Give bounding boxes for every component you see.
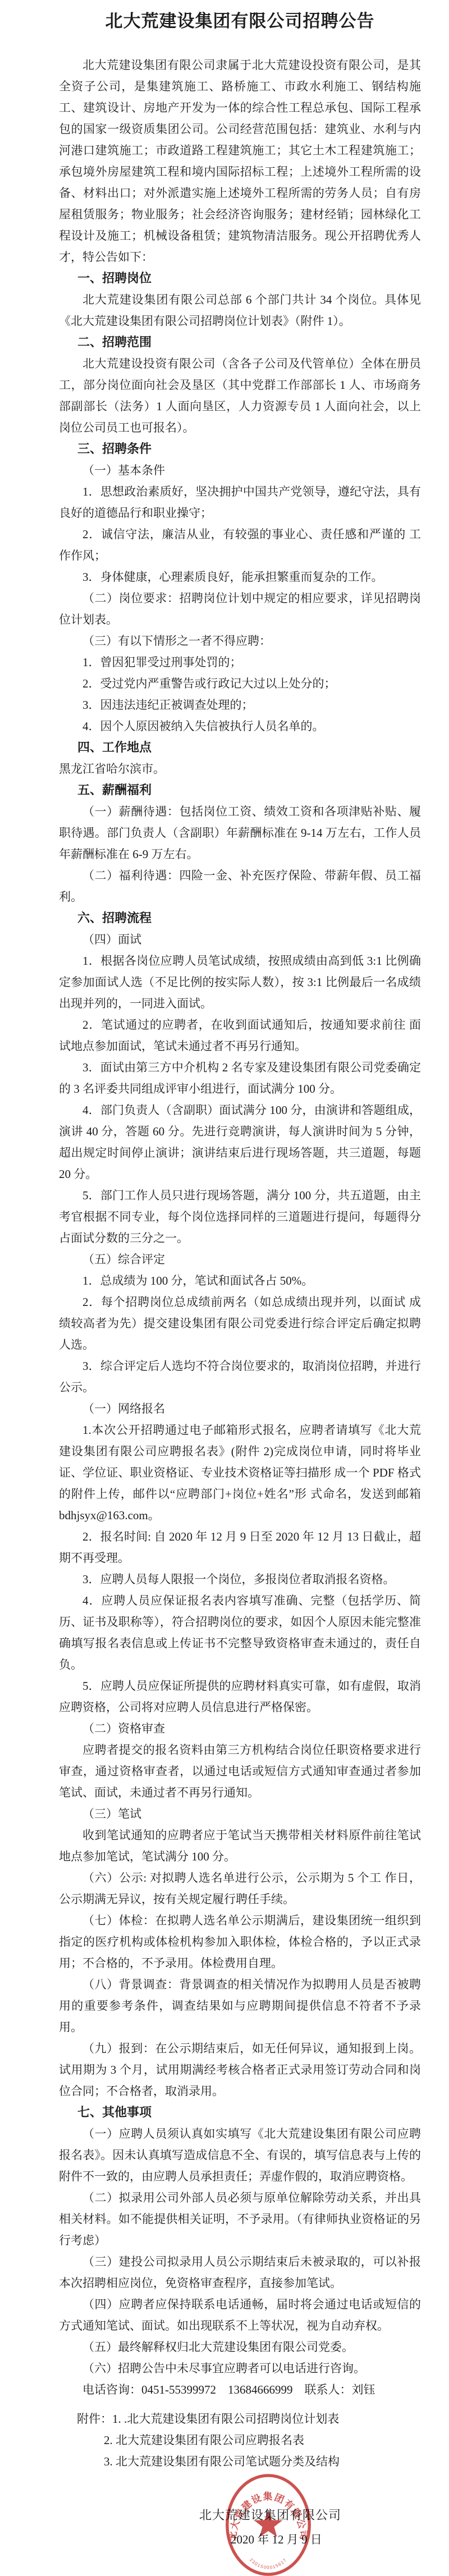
document-footer: 附件：1. .北大荒建设集团有限公司招聘岗位计划表 2. 北大荒建设集团有限公司… bbox=[0, 2405, 449, 2576]
paragraph: 3．身体健康，心理素质良好，能承担繁重而复杂的工作。 bbox=[59, 566, 421, 588]
sub-heading: （二）福利待遇：四险一金、补充医疗保险、带薪年假、员工福利。 bbox=[59, 865, 421, 907]
paragraph: 5．应聘人员应保证所提供的应聘材料真实可靠，如有虚假，取消应聘资格，公司将对应聘… bbox=[59, 1675, 421, 1718]
paragraph: 黑龙江省哈尔滨市。 bbox=[59, 758, 421, 780]
document-body: 北大荒建设集团有限公司隶属于北大荒建设投资有限公司，是其全资子公司，是集建筑施工… bbox=[0, 54, 449, 2400]
seal-star-icon bbox=[254, 2510, 283, 2537]
paragraph: 1．总成绩为 100 分，笔试和面试各占 50%。 bbox=[59, 1270, 421, 1291]
sub-heading: （二）资格审查 bbox=[59, 1718, 421, 1739]
paragraph: 4．部门负责人（含副职）面试满分 100 分，由演讲和答题组成，演讲 40 分，… bbox=[59, 1099, 421, 1185]
sub-heading: （一）薪酬待遇：包括岗位工资、绩效工资和各项津贴补贴、履职待遇。部门负责人（含副… bbox=[59, 801, 421, 865]
sub-heading: （五）最终解释权归北大荒建设集团有限公司党委。 bbox=[59, 2336, 421, 2358]
attachment-item-text: 1. .北大荒建设集团有限公司招聘岗位计划表 bbox=[112, 2408, 339, 2430]
sub-heading: （四）面试 bbox=[59, 929, 421, 950]
paragraph: 3．因违法违纪正被调查处理的； bbox=[59, 694, 421, 716]
attachment-item: 附件：1. .北大荒建设集团有限公司招聘岗位计划表 bbox=[77, 2408, 421, 2430]
paragraph: 2．受过党内严重警告或行政记大过以上处分的； bbox=[59, 673, 421, 694]
sub-heading: （一）应聘人员须认真如实填写《北大荒建设集团有限公司应聘报名表》。因未认真填写造… bbox=[59, 2123, 421, 2187]
company-seal: 北大荒建设集团有限公司 2301500015617 bbox=[219, 2472, 317, 2576]
section-heading: 三、招聘条件 bbox=[59, 438, 421, 460]
paragraph: 3．应聘人员每人限报一个岗位，多报岗位者取消报名资格。 bbox=[59, 1569, 421, 1590]
section-heading: 六、招聘流程 bbox=[59, 907, 421, 929]
sub-heading: （二）拟录用公司外部人员必须与原单位解除劳动关系，并出具相关材料。如不能提供相关… bbox=[59, 2187, 421, 2251]
section-heading: 七、其他事项 bbox=[59, 2102, 421, 2123]
sub-heading: （七）体检：在拟聘人选名单公示期满后，建设集团统一组织到指定的医疗机构或体检机构… bbox=[59, 1910, 421, 1974]
paragraph: 1．思想政治素质好，坚决拥护中国共产党领导，遵纪守法，具有良好的道德品行和职业操… bbox=[59, 481, 421, 524]
attachment-item-text: 3. 北大荒建设集团有限公司笔试题分类及结构 bbox=[104, 2451, 340, 2472]
sub-heading: （一）网络报名 bbox=[59, 1398, 421, 1419]
paragraph: 4．应聘人员应保证报名表内容填写准确、完整（包括学历、简历、证书及职称等），符合… bbox=[59, 1590, 421, 1675]
section-heading: 一、招聘岗位 bbox=[59, 268, 421, 289]
paragraph: 应聘者提交的报名资料由第三方机构结合岗位任职资格要求进行审查，通过资格审查者，以… bbox=[59, 1739, 421, 1803]
attachment-item: 3. 北大荒建设集团有限公司笔试题分类及结构 bbox=[77, 2451, 421, 2472]
sub-heading: （九）报到：在公示期结束后，如无任何异议，通知报到上岗。试用期为 3 个月，试用… bbox=[59, 2038, 421, 2102]
section-heading: 四、工作地点 bbox=[59, 737, 421, 758]
paragraph: 1.本次公开招聘通过电子邮箱形式报名，应聘者请填写《北大荒建设集团有限公司应聘报… bbox=[59, 1419, 421, 1526]
section-heading: 二、招聘范围 bbox=[59, 332, 421, 353]
seal-number-text: 2301500015617 bbox=[249, 2557, 288, 2570]
sub-heading: （六）公示: 对拟聘人选名单进行公示，公示期为 5 个工 作日，公示期满无异议，… bbox=[59, 1867, 421, 1910]
paragraph: 2．诚信守法，廉洁从业，有较强的事业心、责任感和严谨的 工作作风； bbox=[59, 524, 421, 566]
paragraph: 北大荒建设集团有限公司总部 6 个部门共计 34 个岗位。具体见《北大荒建设集团… bbox=[59, 289, 421, 332]
sub-heading: （四）应聘者应保持联系电话通畅，届时将会通过电话或短信的方式通知笔试、面试。如出… bbox=[59, 2294, 421, 2336]
paragraph: 1．曾因犯罪受过刑事处罚的； bbox=[59, 652, 421, 673]
sub-heading: （一）基本条件 bbox=[59, 460, 421, 481]
attachments-label: 附件： bbox=[77, 2408, 112, 2430]
paragraph: 5．部门工作人员只进行现场答题，满分 100 分，共五道题，由主考官根据不同专业… bbox=[59, 1185, 421, 1249]
sub-heading: （三）笔试 bbox=[59, 1803, 421, 1825]
section-heading: 五、薪酬福利 bbox=[59, 780, 421, 801]
attachment-item: 2. 北大荒建设集团有限公司应聘报名表 bbox=[77, 2430, 421, 2451]
paragraph: 4．因个人原因被纳入失信被执行人员名单的。 bbox=[59, 716, 421, 737]
paragraph: 北大荒建设集团有限公司隶属于北大荒建设投资有限公司，是其全资子公司，是集建筑施工… bbox=[59, 54, 421, 268]
paragraph: 2．笔试通过的应聘者，在收到面试通知后，按通知要求前往 面试地点参加面试，笔试未… bbox=[59, 1014, 421, 1057]
document-title: 北大荒建设集团有限公司招聘公告 bbox=[0, 0, 449, 33]
paragraph: 1．根据各岗位应聘人员笔试成绩，按照成绩由高到低 3:1 比例确定参加面试人选（… bbox=[59, 950, 421, 1014]
sub-heading: （三）有以下情形之一者不得应聘： bbox=[59, 630, 421, 652]
paragraph: 2．报名时间: 自 2020 年 12 月 9 日至 2020 年 12 月 1… bbox=[59, 1526, 421, 1569]
sub-heading: （五）综合评定 bbox=[59, 1249, 421, 1270]
paragraph: 北大荒建设投资有限公司（含各子公司及代管单位）全体在册员工，部分岗位面向社会及垦… bbox=[59, 353, 421, 438]
sub-heading: （八）背景调查：背景调查的相关情况作为拟聘用人员是否被聘用的重要参考条件，调查结… bbox=[59, 1974, 421, 2038]
document-page: 北大荒建设集团有限公司招聘公告 北大荒建设集团有限公司隶属于北大荒建设投资有限公… bbox=[0, 0, 449, 2576]
attachments-list: 附件：1. .北大荒建设集团有限公司招聘岗位计划表 2. 北大荒建设集团有限公司… bbox=[0, 2405, 449, 2472]
paragraph: 收到笔试通知的应聘者应于笔试当天携带相关材料原件前往笔试地点参加笔试，笔试满分 … bbox=[59, 1825, 421, 1867]
attachment-item-text: 2. 北大荒建设集团有限公司应聘报名表 bbox=[104, 2430, 304, 2451]
paragraph: 2．每个招聘岗位总成绩前两名（如总成绩出现并列，以面试 成绩较高者为先）提交建设… bbox=[59, 1291, 421, 1355]
paragraph: 3．综合评定后人选均不符合岗位要求的，取消岗位招聘，并进行公示。 bbox=[59, 1355, 421, 1398]
contact-line: 电话咨询：0451-55399972 13684666999 联系人：刘钰 bbox=[59, 2379, 421, 2400]
sub-heading: （六）招聘公告中未尽事宜应聘者可以电话进行咨询。 bbox=[59, 2358, 421, 2379]
sub-heading: （二）岗位要求：招聘岗位计划中规定的相应要求，详见招聘岗位计划表。 bbox=[59, 588, 421, 630]
paragraph: 3．面试由第三方中介机构 2 名专家及建设集团有限公司党委确定的 3 名评委共同… bbox=[59, 1057, 421, 1099]
sub-heading: （三）建投公司拟录用人员公示期结束后未被录取的，可以补报本次招聘相应岗位，免资格… bbox=[59, 2251, 421, 2294]
